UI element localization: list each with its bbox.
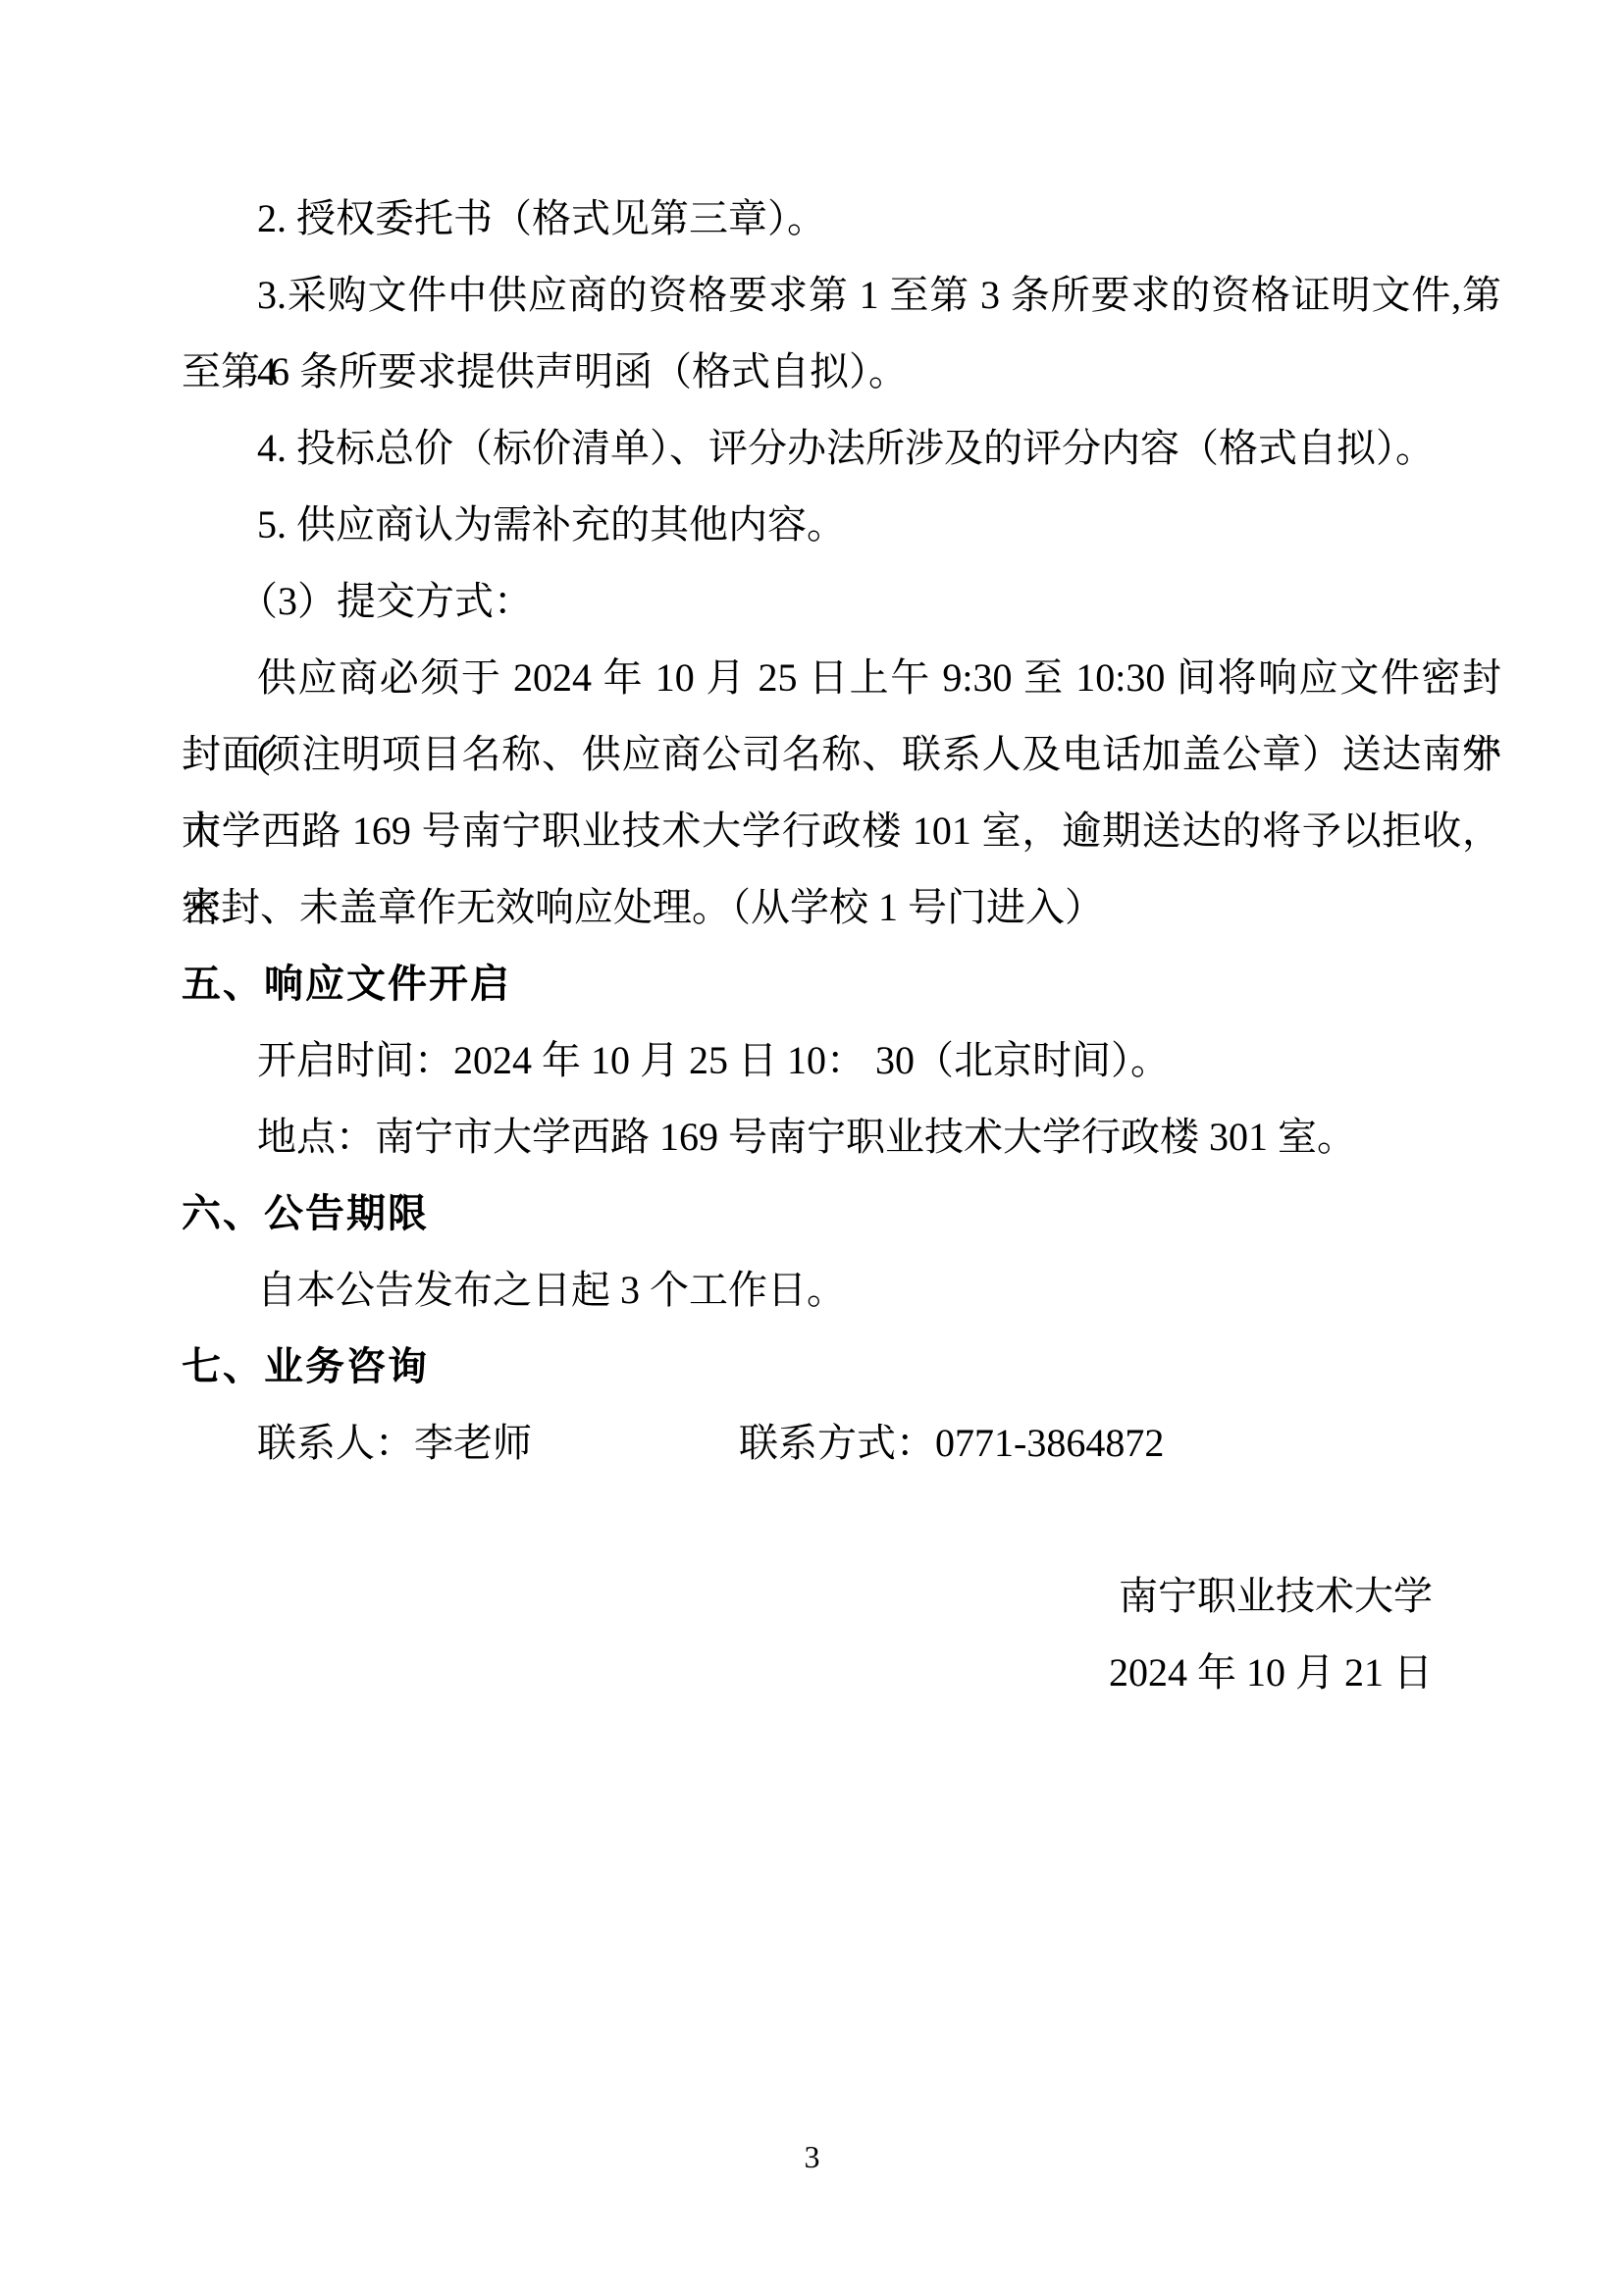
contact-phone: 联系方式：0771-3864872 [739,1405,1164,1482]
spacer-line [182,1482,1501,1558]
signature-date: 2024 年 10 月 21 日 [182,1635,1501,1711]
list-item-5: 5. 供应商认为需补充的其他内容。 [182,487,1501,563]
list-item-3-line-2: 至第 6 条所要求提供声明函（格式自拟）。 [182,334,1501,410]
section-5-heading: 五、响应文件开启 [182,946,1501,1022]
list-item-3-line-1: 3.采购文件中供应商的资格要求第 1 至第 3 条所要求的资格证明文件,第 4 [182,257,1501,334]
document-page: 2. 授权委托书（格式见第三章）。 3.采购文件中供应商的资格要求第 1 至第 … [0,0,1624,2295]
list-item-2: 2. 授权委托书（格式见第三章）。 [182,181,1501,257]
contact-person: 联系人：李老师 [257,1421,532,1465]
announcement-period: 自本公告发布之日起 3 个工作日。 [182,1252,1501,1329]
contact-row: 联系人：李老师 联系方式：0771-3864872 [182,1405,1501,1482]
submission-method-label: （3）提交方式： [182,563,1501,640]
section-6-heading: 六、公告期限 [182,1175,1501,1252]
submission-paragraph-line-3: 大学西路 169 号南宁职业技术大学行政楼 101 室，逾期送达的将予以拒收，未 [182,793,1501,869]
submission-paragraph-line-4: 密封、未盖章作无效响应处理。（从学校 1 号门进入） [182,869,1501,946]
open-location: 地点：南宁市大学西路 169 号南宁职业技术大学行政楼 301 室。 [182,1099,1501,1175]
submission-paragraph-line-2: 封面须注明项目名称、供应商公司名称、联系人及电话加盖公章）送达南宁市 [182,716,1501,793]
submission-paragraph-line-1: 供应商必须于 2024 年 10 月 25 日上午 9:30 至 10:30 间… [182,640,1501,716]
open-time: 开启时间：2024 年 10 月 25 日 10： 30（北京时间）。 [182,1022,1501,1099]
list-item-4: 4. 投标总价（标价清单）、评分办法所涉及的评分内容（格式自拟）。 [182,410,1501,487]
section-7-heading: 七、业务咨询 [182,1329,1501,1405]
page-number: 3 [0,2137,1624,2176]
signature-organization: 南宁职业技术大学 [182,1558,1501,1635]
document-body: 2. 授权委托书（格式见第三章）。 3.采购文件中供应商的资格要求第 1 至第 … [182,181,1501,1711]
